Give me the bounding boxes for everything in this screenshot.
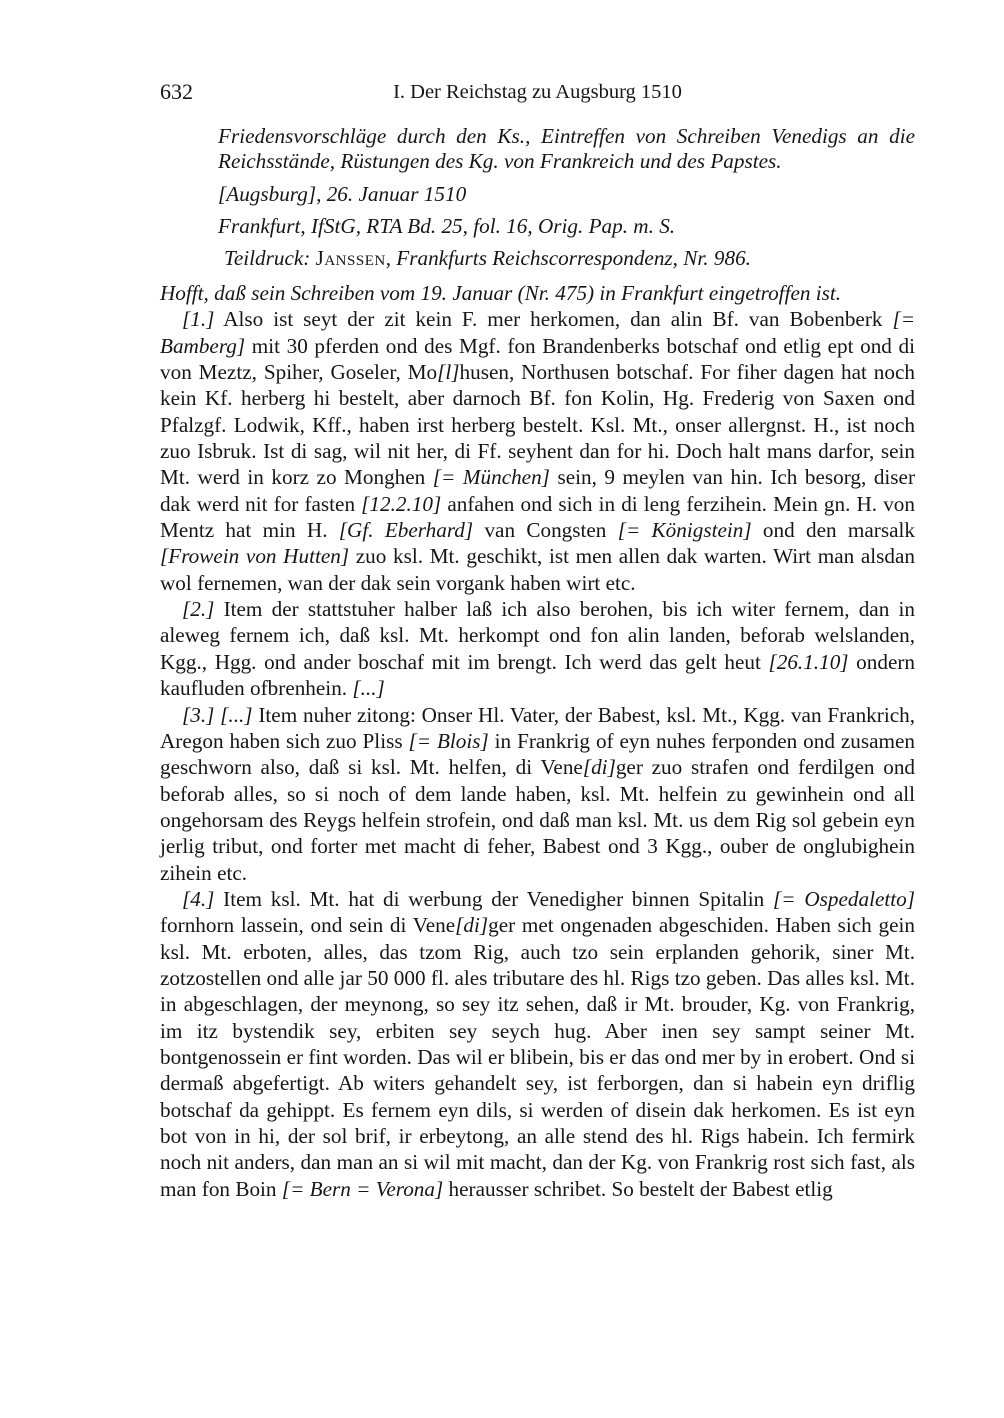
- teildruck-author: Janssen: [316, 246, 386, 270]
- headnote-source-citation: Frankfurt, IfStG, RTA Bd. 25, fol. 16, O…: [218, 214, 915, 239]
- editorial-note: [= Bern = Verona]: [282, 1177, 443, 1201]
- editorial-note: [12.2.10]: [361, 492, 441, 516]
- paragraph: [2.] Item der stattstuher halber laß ich…: [160, 596, 915, 701]
- regest-summary-line: Hofft, daß sein Schreiben vom 19. Januar…: [160, 280, 915, 306]
- editorial-note: [2.]: [182, 597, 214, 621]
- editorial-note: [1.]: [182, 307, 214, 331]
- body-paragraphs: [1.] Also ist seyt der zit kein F. mer h…: [160, 306, 915, 1202]
- editorial-note: [Frowein von Hutten]: [160, 544, 349, 568]
- editorial-note: [Gf. Eberhard]: [339, 518, 473, 542]
- book-page: 632 I. Der Reichstag zu Augsburg 1510 Fr…: [0, 0, 1004, 1418]
- paragraph: [3.] [...] Item nuher zitong: Onser Hl. …: [160, 702, 915, 886]
- page-number: 632: [160, 80, 193, 104]
- running-title: I. Der Reichstag zu Augsburg 1510: [160, 80, 915, 104]
- teildruck-label: Teildruck:: [224, 246, 310, 270]
- text-run: fornhorn lassein, ond sein di Vene: [160, 913, 455, 937]
- paragraph: [4.] Item ksl. Mt. hat di werbung der Ve…: [160, 886, 915, 1202]
- editorial-note: [di]: [455, 913, 488, 937]
- editorial-note: [di]: [583, 755, 616, 779]
- headnote-regest: Friedensvorschläge durch den Ks., Eintre…: [218, 124, 915, 174]
- headnote-teildruck: Teildruck: Janssen, Frankfurts Reichscor…: [224, 246, 915, 271]
- paragraph: [1.] Also ist seyt der zit kein F. mer h…: [160, 306, 915, 596]
- content-column: Friedensvorschläge durch den Ks., Eintre…: [160, 124, 915, 1202]
- text-run: ond den marsalk: [752, 518, 915, 542]
- text-run: van Congsten: [473, 518, 618, 542]
- editorial-note: [...]: [352, 676, 384, 700]
- text-run: Also ist seyt der zit kein F. mer herkom…: [214, 307, 892, 331]
- teildruck-citation: , Frankfurts Reichscorrespondenz, Nr. 98…: [386, 246, 751, 270]
- headnote-dateline: [Augsburg], 26. Januar 1510: [218, 182, 915, 207]
- editorial-note: [= München]: [433, 465, 550, 489]
- editorial-note: [= Ospe­daletto]: [773, 887, 915, 911]
- editorial-note: [= Blois]: [408, 729, 488, 753]
- editorial-note: [l]: [437, 360, 459, 384]
- editorial-note: [3.] [...]: [182, 703, 253, 727]
- editorial-note: [4.]: [182, 887, 214, 911]
- editorial-note: [26.1.10]: [768, 650, 848, 674]
- text-run: ger met ongenaden abgeschiden. Haben sic…: [160, 913, 915, 1200]
- text-run: Item ksl. Mt. hat di werbung der Venedig…: [214, 887, 773, 911]
- editorial-note: [= Königstein]: [618, 518, 752, 542]
- page-header: 632 I. Der Reichstag zu Augsburg 1510: [160, 80, 915, 106]
- text-run: herausser schribet. So bestelt der Babes…: [443, 1177, 833, 1201]
